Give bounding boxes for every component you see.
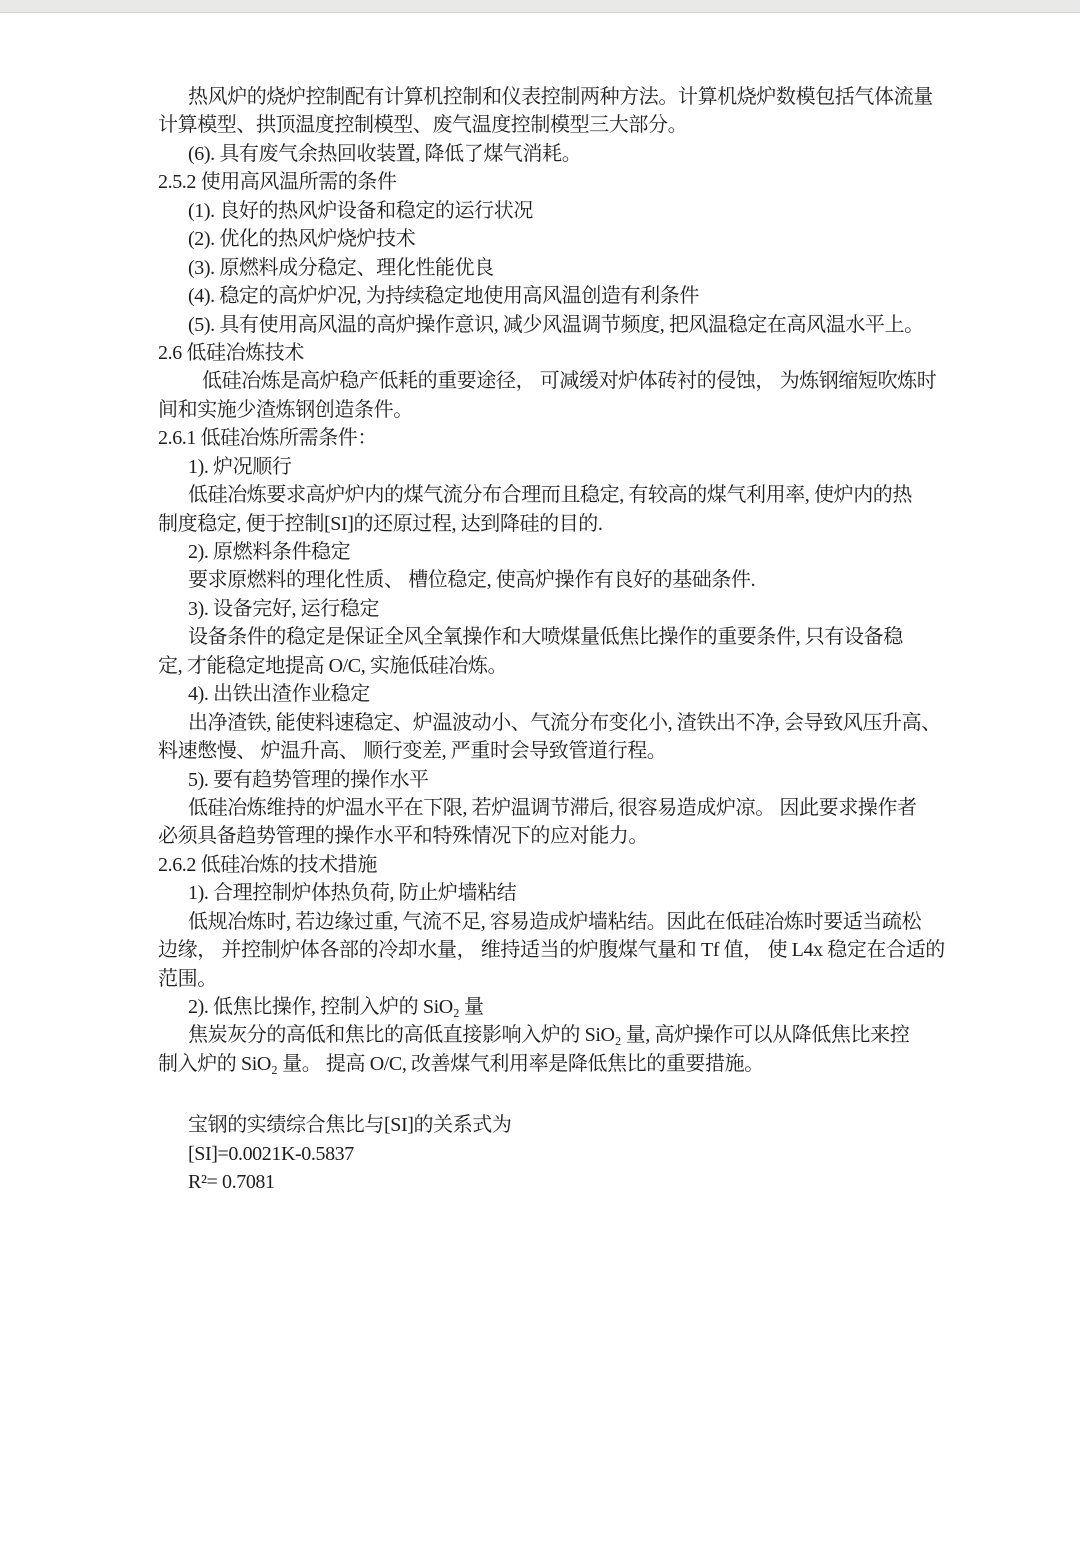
document-text-block: 热风炉的烧炉控制配有计算机控制和仪表控制两种方法。计算机烧炉数模包括气体流量计算…	[158, 83, 928, 1197]
text-line: 料速憋慢、 炉温升高、 顺行变差, 严重时会导致管道行程。	[158, 737, 928, 765]
text-line: 设备条件的稳定是保证全风全氧操作和大喷煤量低焦比操作的重要条件, 只有设备稳	[158, 623, 928, 651]
text-line: 2.5.2 使用高风温所需的条件	[158, 168, 928, 196]
text-line: 范围。	[158, 965, 928, 993]
text-line: 3). 设备完好, 运行稳定	[158, 595, 928, 623]
text-line: 5). 要有趋势管理的操作水平	[158, 766, 928, 794]
text-line: (5). 具有使用高风温的高炉操作意识, 减少风温调节频度, 把风温稳定在高风温…	[158, 311, 928, 339]
text-line: 低硅冶炼是高炉稳产低耗的重要途径， 可减缓对炉体砖衬的侵蚀， 为炼钢缩短吹炼时	[158, 367, 928, 395]
text-line: 2.6.1 低硅冶炼所需条件：	[158, 424, 928, 452]
text-line: 焦炭灰分的高低和焦比的高低直接影响入炉的 SiO₂ 量, 高炉操作可以从降低焦比…	[158, 1021, 928, 1049]
text-line: 要求原燃料的理化性质、 槽位稳定, 使高炉操作有良好的基础条件.	[158, 566, 928, 594]
text-line: 2). 低焦比操作, 控制入炉的 SiO₂ 量	[158, 993, 928, 1021]
text-line: R²= 0.7081	[158, 1168, 928, 1196]
text-line: 间和实施少渣炼钢创造条件。	[158, 396, 928, 424]
text-line: 低硅冶炼要求高炉炉内的煤气流分布合理而且稳定, 有较高的煤气利用率, 使炉内的热	[158, 481, 928, 509]
text-line: 2.6 低硅冶炼技术	[158, 339, 928, 367]
text-line: 热风炉的烧炉控制配有计算机控制和仪表控制两种方法。计算机烧炉数模包括气体流量	[158, 83, 928, 111]
text-line: 制入炉的 SiO₂ 量。 提高 O/C, 改善煤气利用率是降低焦比的重要措施。	[158, 1050, 928, 1078]
text-line: 计算模型、拱顶温度控制模型、废气温度控制模型三大部分。	[158, 111, 928, 139]
text-line: 2.6.2 低硅冶炼的技术措施	[158, 851, 928, 879]
text-line: 1). 炉况顺行	[158, 453, 928, 481]
page-top-edge	[0, 0, 1080, 13]
text-line: 宝钢的实绩综合焦比与[SI]的关系式为	[158, 1111, 928, 1139]
text-line: [SI]=0.0021K-0.5837	[158, 1140, 928, 1168]
text-line: (6). 具有废气余热回收装置, 降低了煤气消耗。	[158, 140, 928, 168]
document-page: 热风炉的烧炉控制配有计算机控制和仪表控制两种方法。计算机烧炉数模包括气体流量计算…	[0, 14, 1080, 1549]
text-line: (1). 良好的热风炉设备和稳定的运行状况	[158, 197, 928, 225]
text-line: 2). 原燃料条件稳定	[158, 538, 928, 566]
text-line: (2). 优化的热风炉烧炉技术	[158, 225, 928, 253]
blank-spacer	[158, 1078, 928, 1111]
text-line: 必须具备趋势管理的操作水平和特殊情况下的应对能力。	[158, 822, 928, 850]
text-line: 低规冶炼时, 若边缘过重, 气流不足, 容易造成炉墙粘结。因此在低硅冶炼时要适当…	[158, 908, 928, 936]
text-line: 4). 出铁出渣作业稳定	[158, 680, 928, 708]
text-line: 出净渣铁, 能使料速稳定、炉温波动小、气流分布变化小, 渣铁出不净, 会导致风压…	[158, 709, 928, 737]
text-line: 1). 合理控制炉体热负荷, 防止炉墙粘结	[158, 879, 928, 907]
text-line: (4). 稳定的高炉炉况, 为持续稳定地使用高风温创造有利条件	[158, 282, 928, 310]
text-line: 低硅冶炼维持的炉温水平在下限, 若炉温调节滞后, 很容易造成炉凉。 因此要求操作…	[158, 794, 928, 822]
text-line: 边缘， 并控制炉体各部的冷却水量， 维持适当的炉腹煤气量和 Tf 值， 使 L4…	[158, 936, 928, 964]
text-line: 定, 才能稳定地提高 O/C, 实施低硅冶炼。	[158, 652, 928, 680]
text-line: (3). 原燃料成分稳定、理化性能优良	[158, 254, 928, 282]
text-line: 制度稳定, 便于控制[SI]的还原过程, 达到降硅的目的.	[158, 510, 928, 538]
